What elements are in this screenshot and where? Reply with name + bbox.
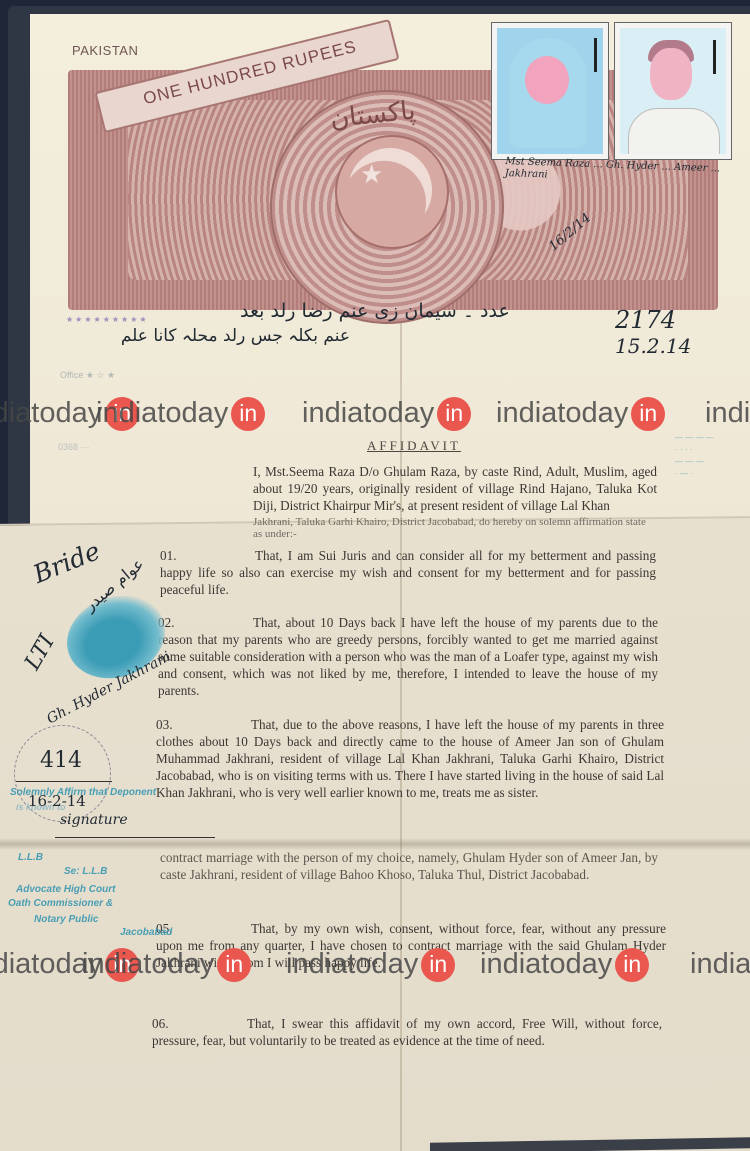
watermark-logo-icon: in xyxy=(231,397,265,431)
groom-shirt xyxy=(628,108,720,154)
watermark-text: indiatoday xyxy=(82,948,214,980)
blue-stamp-line: Jacobabad xyxy=(120,927,172,938)
urdu-handwriting-line-2: عنم بکلہ جس رلد محلہ کانا علم xyxy=(90,325,350,346)
register-date: 15.2.14 xyxy=(615,334,691,358)
groom-face xyxy=(650,48,692,100)
watermark-text: indiatoday xyxy=(286,948,418,980)
watermark-logo-icon: in xyxy=(421,948,455,982)
groom-photo xyxy=(614,22,732,160)
blue-stamp-line: L.L.B xyxy=(18,852,43,863)
watermark-text: indiatoday xyxy=(705,397,750,429)
pen-mark xyxy=(713,40,716,74)
watermark-logo-icon: in xyxy=(437,397,471,431)
blue-stamp-line: Se: L.L.B xyxy=(64,866,107,877)
blue-stamp-line: Notary Public xyxy=(34,914,98,925)
urdu-handwriting-line-1: عدد ۔ سیمان زی عنم رضا رلد بعد xyxy=(240,300,510,322)
document-title: AFFIDAVIT xyxy=(367,438,461,454)
watermark-logo-icon: in xyxy=(615,948,649,982)
bride-photo xyxy=(491,22,609,160)
bride-face xyxy=(525,56,569,104)
paragraph-03: 03.That, due to the above reasons, I hav… xyxy=(156,716,664,801)
star-icon: ★ xyxy=(360,160,383,190)
watermark-text: indiatoday xyxy=(96,397,228,429)
watermark-logo-icon: in xyxy=(631,397,665,431)
blue-stamp-line: Advocate High Court xyxy=(16,884,115,895)
signature-underline xyxy=(55,837,215,838)
affidavit-intro-continuation: Jakhrani, Taluka Garhi Khairo, District … xyxy=(253,516,657,540)
watermark-text: indiatoday xyxy=(496,397,628,429)
seal-underline xyxy=(16,781,112,782)
affidavit-intro: I, Mst.Seema Raza D/o Ghulam Raza, by ca… xyxy=(253,463,657,514)
watermark-row: indiatodayin indiatodayin indiatodayin i… xyxy=(0,397,750,437)
register-number: 2174 xyxy=(615,306,676,334)
watermark-text: indiatoday xyxy=(0,397,102,429)
seal-date: 16-2-14 xyxy=(28,792,86,810)
verifier-signature: signature xyxy=(60,812,128,828)
paragraph-02: 02.That, about 10 Days back I have left … xyxy=(158,614,658,699)
watermark-text: indiatoday xyxy=(690,948,750,980)
paragraph-04: contract marriage with the person of my … xyxy=(160,849,658,883)
watermark-text: indiatoday xyxy=(302,397,434,429)
faded-stamp-text: Office ★ ☆ ★ xyxy=(60,370,115,381)
faded-blue-notes: — — — —· · · ·— — —· — · xyxy=(675,432,750,480)
faded-serial-number: 0368 ··· xyxy=(58,442,90,452)
blue-stamp-line: Oath Commissioner & xyxy=(8,898,113,909)
watermark-logo-icon: in xyxy=(217,948,251,982)
watermark-text: indiatoday xyxy=(480,948,612,980)
watermark-row: indiatodayin indiatodayin indiatodayin i… xyxy=(0,948,750,988)
seal-number: 414 xyxy=(40,748,82,773)
country-label: PAKISTAN xyxy=(72,43,138,58)
stars-decoration: ★★★★★★★★★ xyxy=(66,315,149,324)
pen-mark xyxy=(594,38,597,72)
paragraph-06: 06.That, I swear this affidavit of my ow… xyxy=(152,1015,662,1049)
paragraph-01: 01.That, I am Sui Juris and can consider… xyxy=(160,547,656,598)
